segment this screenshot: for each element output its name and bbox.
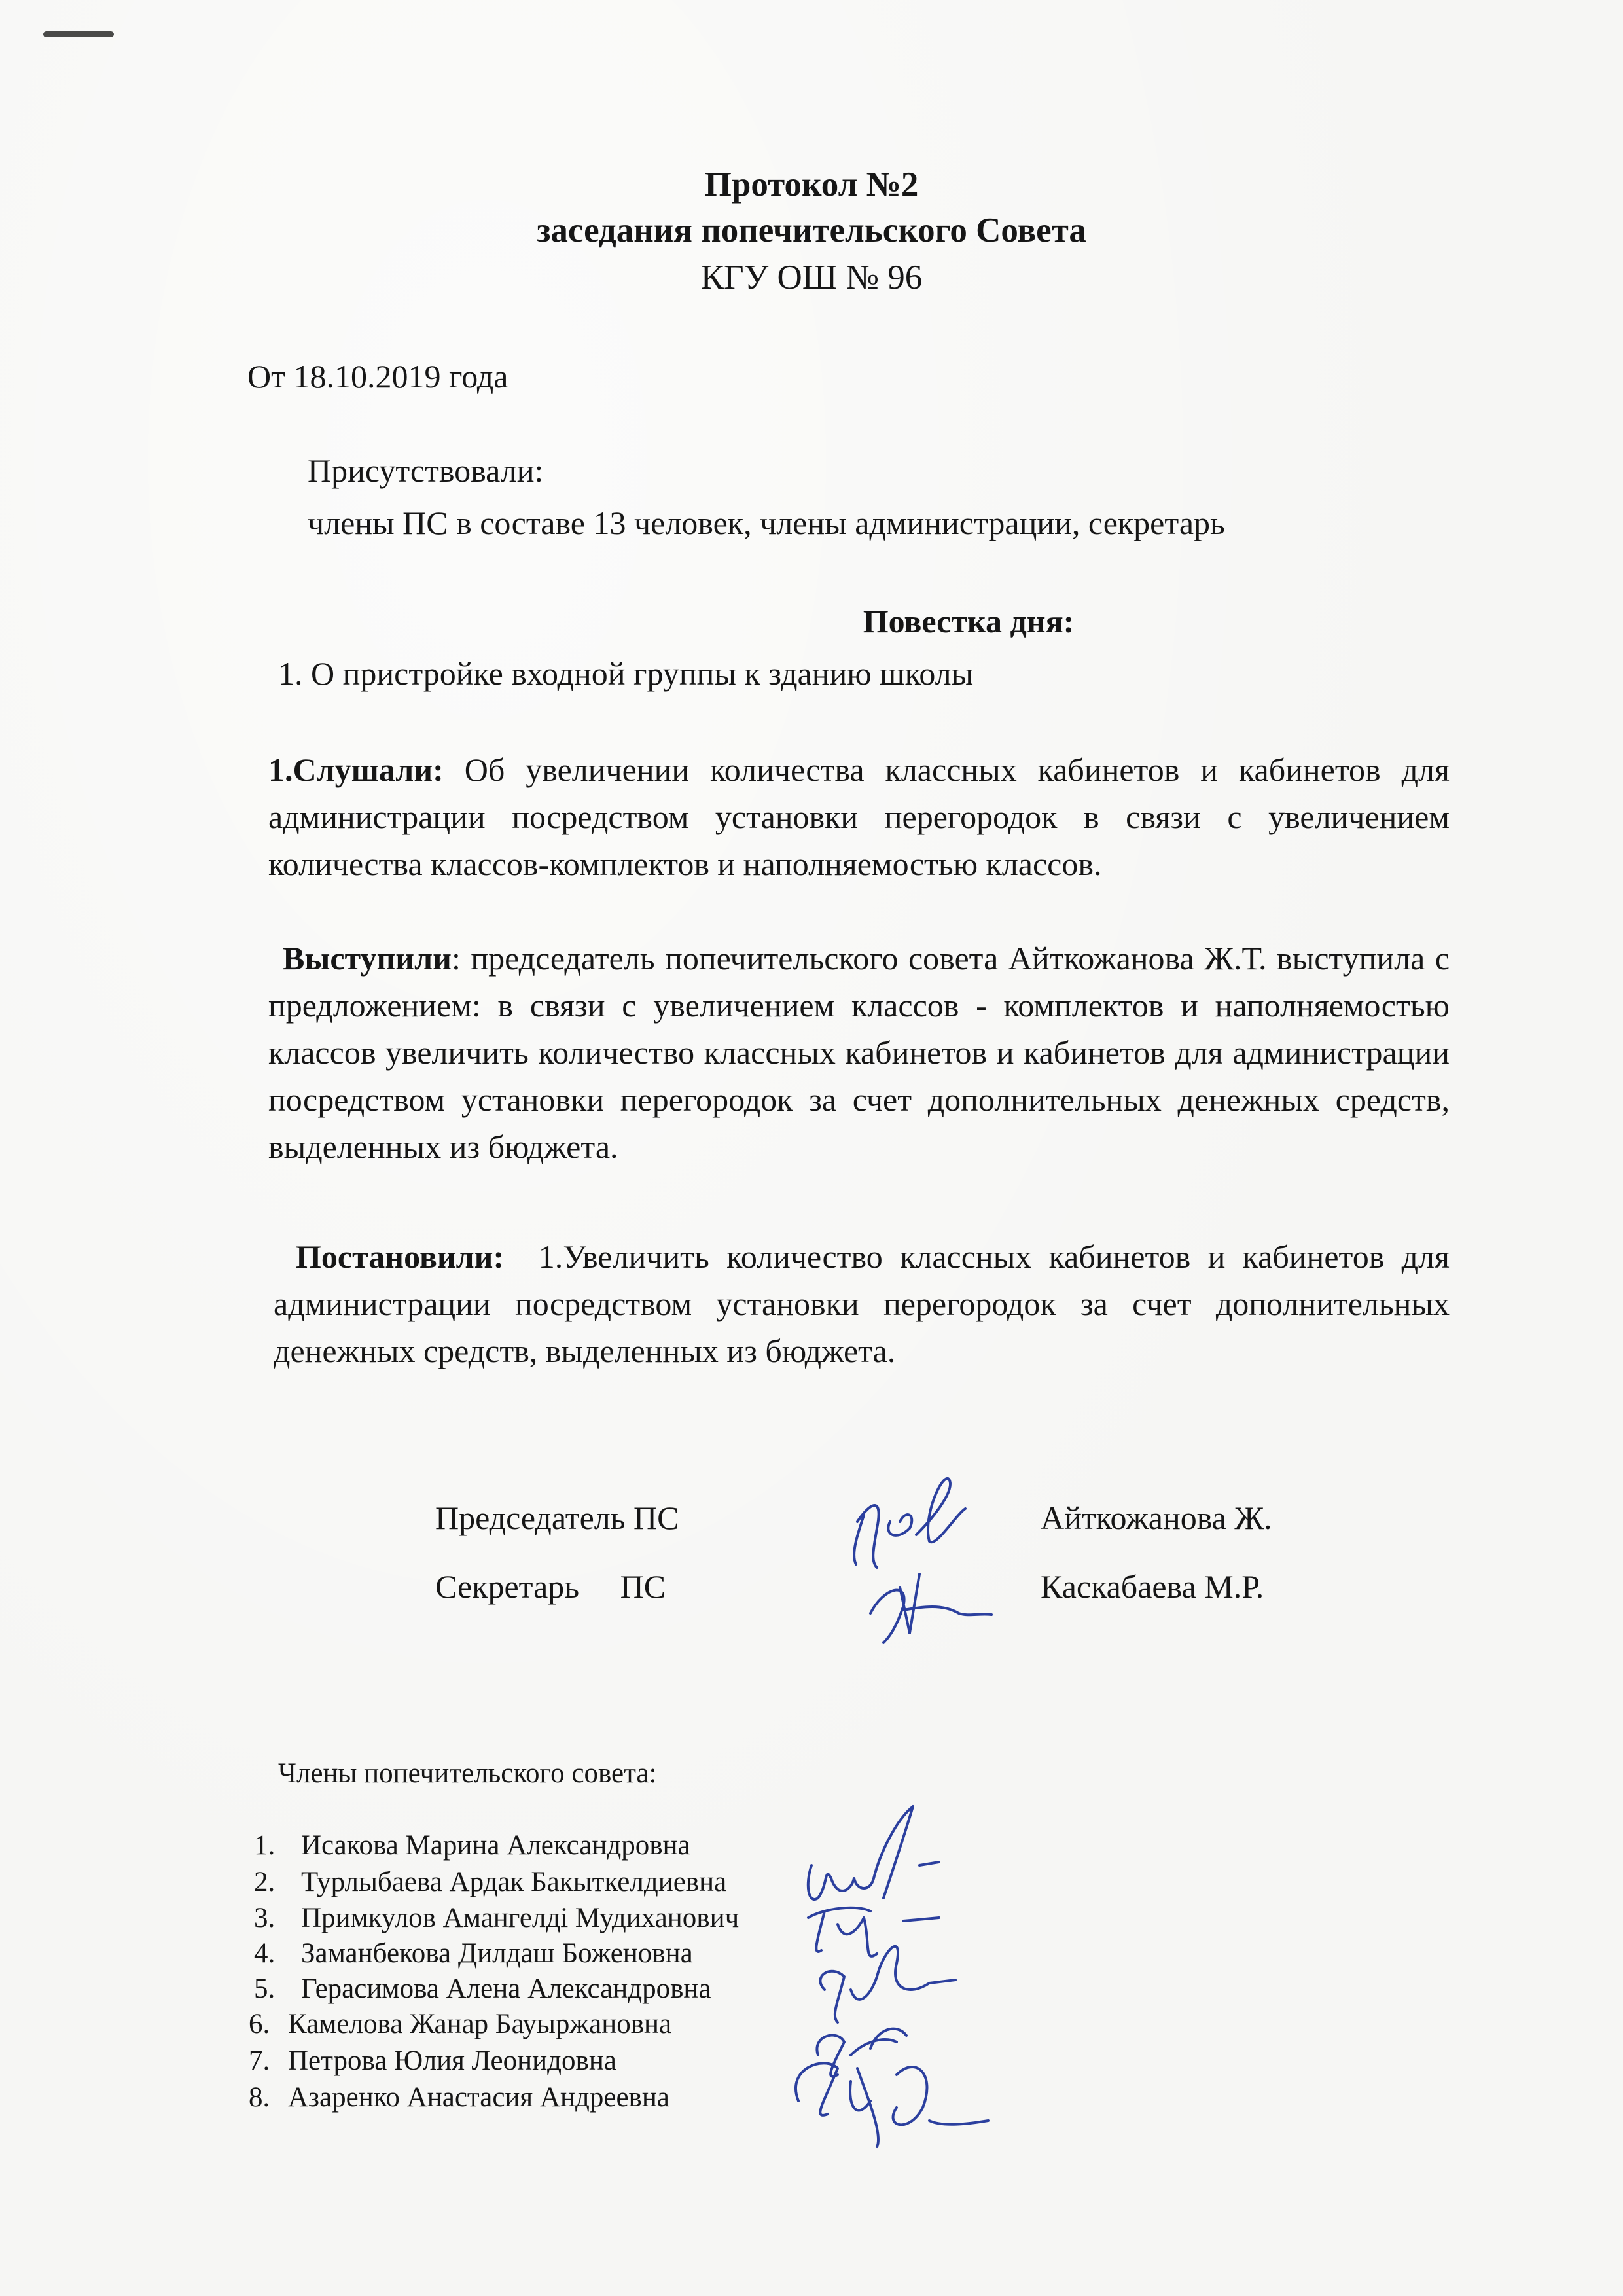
member-item: 2.Турлыбаева Ардак Бакыткелдиевна (254, 1866, 726, 1898)
members-heading: Члены попечительского совета: (278, 1757, 656, 1789)
agenda-heading: Повестка дня: (0, 602, 1623, 640)
secretary-name: Каскабаева М.Р. (1041, 1568, 1264, 1605)
heard-label: 1.Слушали: (268, 751, 444, 788)
resolved-section: Постановили: 1.Увеличить количество клас… (274, 1233, 1450, 1374)
spoke-section: Выступили: председатель попечительского … (268, 935, 1450, 1170)
organization-name: КГУ ОШ № 96 (0, 258, 1623, 297)
member-item: 7.Петрова Юлия Леонидовна (249, 2045, 616, 2077)
spoke-label: Выступили (283, 940, 452, 977)
member-item: 4.Заманбекова Дилдаш Боженовна (254, 1937, 693, 1969)
chair-signature (844, 1476, 988, 1568)
scan-artifact-mark (43, 31, 114, 37)
secretary-role: Секретарь ПС (435, 1568, 666, 1605)
chair-name: Айткожанова Ж. (1041, 1499, 1272, 1537)
secretary-signature (864, 1574, 995, 1646)
member-item: 8.Азаренко Анастасия Андреевна (249, 2081, 669, 2113)
document-title: Протокол №2 (0, 165, 1623, 204)
member-item: 3.Примкулов Амангелді Мудиханович (254, 1902, 739, 1934)
agenda-item-1: 1. О пристройке входной группы к зданию … (278, 655, 973, 692)
attendance-text: члены ПС в составе 13 человек, члены адм… (308, 504, 1225, 542)
heard-section: 1.Слушали: Об увеличении количества клас… (268, 746, 1450, 888)
document-subtitle: заседания попечительского Совета (0, 211, 1623, 250)
meeting-date: От 18.10.2019 года (247, 357, 508, 395)
resolved-label: Постановили: (296, 1238, 504, 1275)
member-item: 1.Исакова Марина Александровна (254, 1829, 690, 1861)
members-signatures (798, 1793, 1073, 2134)
member-item: 6.Камелова Жанар Бауыржановна (249, 2008, 671, 2040)
member-item: 5.Герасимова Алена Александровна (254, 1973, 711, 2005)
chair-role: Председатель ПС (435, 1499, 679, 1537)
document-page: Протокол №2 заседания попечительского Со… (0, 0, 1623, 2296)
heard-text: Об увеличении количества классных кабине… (268, 751, 1450, 882)
attendance-label: Присутствовали: (308, 452, 543, 490)
